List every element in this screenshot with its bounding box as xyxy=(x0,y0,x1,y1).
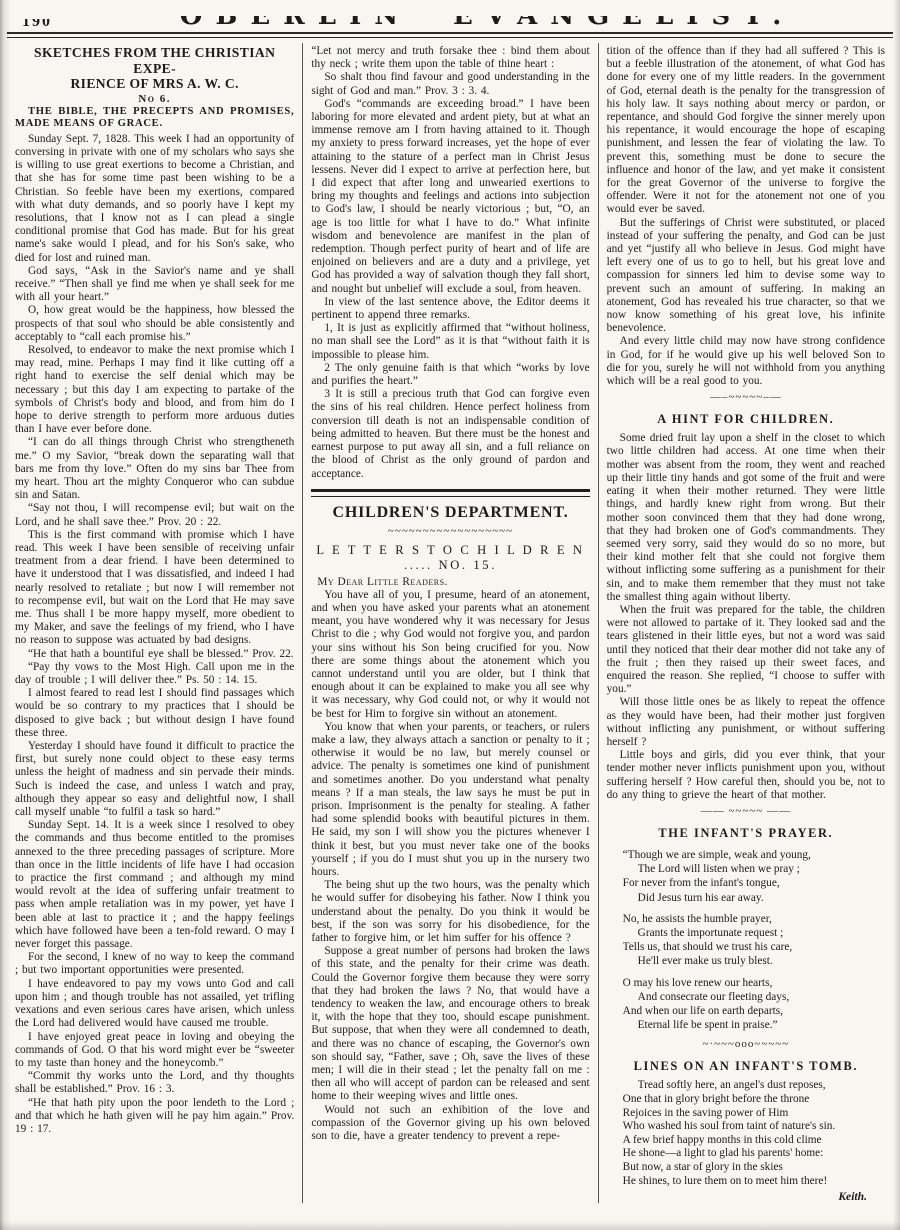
verse-line: He'll ever make us truly blest. xyxy=(638,954,885,968)
section-heading: LINES ON AN INFANT'S TOMB. xyxy=(607,1059,885,1074)
paragraph: “Pay thy vows to the Most High. Call upo… xyxy=(15,661,294,687)
paragraph: Would not such an exhibition of the love… xyxy=(311,1104,589,1144)
verse-line: Tells us, that should we trust his care, xyxy=(623,940,885,954)
verse-stanza: No, he assists the humble prayer,Grants … xyxy=(623,912,885,969)
verse-line: But now, a star of glory in the skies xyxy=(623,1161,885,1175)
paragraph: And every little child may now have stro… xyxy=(607,335,885,388)
paragraph: I have endeavored to pay my vows unto Go… xyxy=(15,978,294,1031)
paragraph: When the fruit was prepared for the tabl… xyxy=(607,604,885,696)
paragraph: For the second, I knew of no way to keep… xyxy=(15,951,294,977)
paragraph: God says, “Ask in the Savior's name and … xyxy=(15,265,294,305)
verse-line: And when our life on earth departs, xyxy=(623,1004,885,1018)
divider: —— ~~~~~ —— xyxy=(607,806,885,817)
verse-line: Tread softly here, an angel's dust repos… xyxy=(638,1079,885,1093)
paragraph: You have all of you, I presume, heard of… xyxy=(311,589,589,721)
column-3: tition of the offence than if they had a… xyxy=(598,43,893,1203)
section-rule xyxy=(311,489,589,497)
verse-line: One that in glory bright before the thro… xyxy=(623,1093,885,1107)
masthead: OBERLIN EVANGELIST. xyxy=(92,16,882,29)
paragraph: Sunday Sept. 7, 1828. This week I had an… xyxy=(15,133,294,265)
masthead-clip: OBERLIN EVANGELIST. xyxy=(92,16,882,29)
page-header: 190 OBERLIN EVANGELIST. xyxy=(0,0,900,29)
paragraph: I have enjoyed great peace in loving and… xyxy=(15,1031,294,1071)
page-number: 190 xyxy=(22,19,92,29)
article-subtitle: THE BIBLE, THE PRECEPTS AND PROMISES, MA… xyxy=(15,106,294,131)
paragraph: Yesterday I should have found it difficu… xyxy=(15,740,294,819)
letters-heading: L E T T E R S T O C H I L D R E N ..... … xyxy=(311,543,589,573)
paragraph: Will those little ones be as likely to r… xyxy=(607,696,885,749)
verse-line: He shines, to lure them on to meet him t… xyxy=(623,1175,885,1189)
page-number-clip: 190 xyxy=(22,19,92,29)
verse-line: “Though we are simple, weak and young, xyxy=(623,848,885,862)
verse-line: For never from the infant's tongue, xyxy=(623,876,885,890)
section-heading: A HINT FOR CHILDREN. xyxy=(607,412,885,427)
article-number: No 6. xyxy=(15,93,294,105)
paragraph: “He that hath pity upon the poor lendeth… xyxy=(15,1097,294,1137)
paragraph: The being shut up the two hours, was the… xyxy=(311,879,589,945)
paragraph: “Say not thou, I will recompense evil; b… xyxy=(15,502,294,528)
paragraph: Resolved, to endeavor to make the next p… xyxy=(15,344,294,436)
paragraph: God's “commands are exceeding broad.” I … xyxy=(311,98,589,296)
paragraph: O, how great would be the happiness, how… xyxy=(15,304,294,344)
paragraph: “He that hath a bountiful eye shall be b… xyxy=(15,648,294,661)
paragraph: Some dried fruit lay upon a shelf in the… xyxy=(607,432,885,604)
section-heading: THE INFANT'S PRAYER. xyxy=(607,826,885,841)
paragraph: tition of the offence than if they had a… xyxy=(607,45,885,217)
salutation: My Dear Little Readers. xyxy=(311,576,589,588)
verse-line: O may his love renew our hearts, xyxy=(623,976,885,990)
verse-line: Grants the importunate request ; xyxy=(638,926,885,940)
paragraph: “I can do all things through Christ who … xyxy=(15,436,294,502)
divider: —–~~~~~–— xyxy=(607,392,885,403)
columns: SKETCHES FROM THE CHRISTIAN EXPE-RIENCE … xyxy=(0,38,900,1203)
column-2: “Let not mercy and truth forsake thee : … xyxy=(302,43,597,1203)
verse-stanza: Tread softly here, an angel's dust repos… xyxy=(623,1079,885,1188)
divider: ~·~~~ooo~~~~~ xyxy=(607,1039,885,1050)
paragraph: Suppose a great number of persons had br… xyxy=(311,945,589,1103)
column-1: SKETCHES FROM THE CHRISTIAN EXPE-RIENCE … xyxy=(7,43,302,1203)
divider: ~~~~~~~~~~~~~~~~~~ xyxy=(311,526,589,537)
verse-line: Rejoices in the saving power of Him xyxy=(623,1107,885,1121)
article-title-line: RIENCE OF MRS A. W. C. xyxy=(15,76,294,92)
paragraph: Sunday Sept. 14. It is a week since I re… xyxy=(15,819,294,951)
verse-line: Did Jesus turn his ear away. xyxy=(638,891,885,905)
paragraph: 2 The only genuine faith is that which “… xyxy=(311,362,589,388)
paragraph: “Let not mercy and truth forsake thee : … xyxy=(311,45,589,71)
verse-line: And consecrate our fleeting days, xyxy=(638,990,885,1004)
paragraph: 1, It is just as explicitly affirmed tha… xyxy=(311,322,589,362)
verse-line: No, he assists the humble prayer, xyxy=(623,912,885,926)
paragraph: Little boys and girls, did you ever thin… xyxy=(607,749,885,802)
verse-line: Who washed his soul from taint of nature… xyxy=(623,1120,885,1134)
newspaper-page: 190 OBERLIN EVANGELIST. SKETCHES FROM TH… xyxy=(0,0,900,1230)
verse-line: Eternal life be spent in praise.” xyxy=(638,1018,885,1032)
paragraph: In view of the last sentence above, the … xyxy=(311,296,589,322)
department-heading: CHILDREN'S DEPARTMENT. xyxy=(311,504,589,522)
paragraph: 3 It is still a precious truth that God … xyxy=(311,388,589,480)
verse-line: The Lord will listen when we pray ; xyxy=(638,862,885,876)
verse-line: A few brief happy months in this cold cl… xyxy=(623,1134,885,1148)
verse-stanza: “Though we are simple, weak and young,Th… xyxy=(623,848,885,905)
article-title-line: SKETCHES FROM THE CHRISTIAN EXPE- xyxy=(15,45,294,76)
paragraph: This is the first command with promise w… xyxy=(15,529,294,648)
paragraph: You know that when your parents, or teac… xyxy=(311,721,589,879)
paragraph: I almost feared to read lest I should fi… xyxy=(15,687,294,740)
paragraph: So shalt thou find favour and good under… xyxy=(311,71,589,97)
paragraph: But the sufferings of Christ were substi… xyxy=(607,217,885,336)
paragraph: “Commit thy works unto the Lord, and thy… xyxy=(15,1070,294,1096)
verse-stanza: O may his love renew our hearts,And cons… xyxy=(623,976,885,1033)
verse-line: He shone—a light to glad his parents' ho… xyxy=(623,1147,885,1161)
poem-signature: Keith. xyxy=(607,1190,885,1203)
